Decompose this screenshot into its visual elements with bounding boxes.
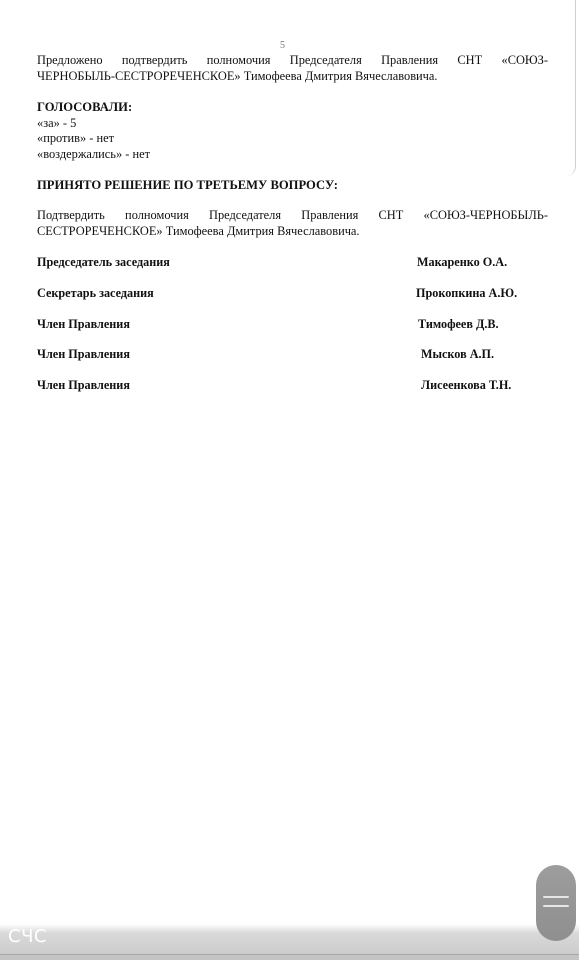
decision-line-1: Подтвердить полномочия Председателя Прав… [37,208,548,224]
signature-row: Секретарь заседания Прокопкина А.Ю. [37,286,548,302]
decision-line-2: СЕСТРОРЕЧЕНСКОЕ» Тимофеева Дмитрия Вячес… [37,224,360,238]
proposal-paragraph: Предложено подтвердить полномочия Предсе… [37,53,548,84]
drag-handle-icon [543,905,569,907]
signature-name: Тимофеев Д.В. [418,317,499,332]
signature-name: Лисеенкова Т.Н. [421,378,511,393]
signature-row: Член Правления Лисеенкова Т.Н. [37,378,548,394]
voting-section: ГОЛОСОВАЛИ: «за» - 5 «против» - нет «воз… [37,100,548,162]
decision-heading: ПРИНЯТО РЕШЕНИЕ ПО ТРЕТЬЕМУ ВОПРОСУ: [37,178,548,194]
page-number: 5 [0,40,565,51]
app-label: СЧС [8,926,47,947]
vote-abstained: «воздержались» - нет [37,147,548,163]
vote-for: «за» - 5 [37,116,548,132]
signature-role: Председатель заседания [37,255,170,270]
signature-row: Председатель заседания Макаренко О.А. [37,255,548,271]
decision-paragraph: Подтвердить полномочия Председателя Прав… [37,208,548,239]
divider [0,954,579,955]
vote-against: «против» - нет [37,131,548,147]
scroll-handle[interactable] [536,865,576,941]
signature-row: Член Правления Мысков А.П. [37,347,548,363]
signature-name: Мысков А.П. [421,347,494,362]
drag-handle-icon [543,896,569,898]
bottom-bar: СЧС [0,924,579,960]
signature-role: Член Правления [37,317,130,332]
signature-role: Член Правления [37,378,130,393]
signature-row: Член Правления Тимофеев Д.В. [37,317,548,333]
signature-name: Прокопкина А.Ю. [416,286,517,301]
proposal-line-1: Предложено подтвердить полномочия Предсе… [37,53,548,69]
voting-heading: ГОЛОСОВАЛИ: [37,100,548,116]
signature-role: Секретарь заседания [37,286,154,301]
signature-name: Макаренко О.А. [417,255,507,270]
signature-role: Член Правления [37,347,130,362]
proposal-line-2: ЧЕРНОБЫЛЬ-СЕСТРОРЕЧЕНСКОЕ» Тимофеева Дми… [37,69,438,83]
